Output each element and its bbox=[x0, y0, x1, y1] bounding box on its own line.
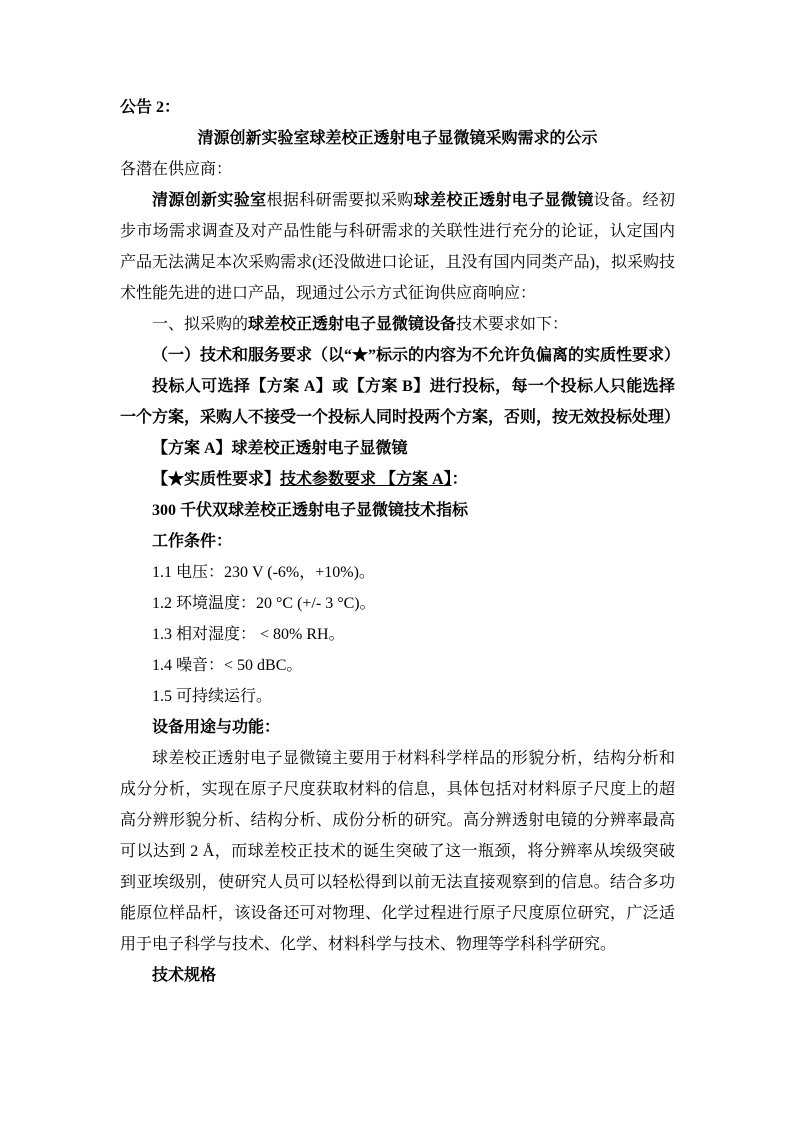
intro-text-run-1: 根据科研需要拟采购 bbox=[266, 192, 413, 209]
work-condition-item-temperature: 1.2 环境温度：20 °C (+/- 3 °C)。 bbox=[120, 588, 675, 619]
essential-requirement-colon: ： bbox=[452, 471, 468, 488]
work-conditions-heading: 工作条件： bbox=[120, 526, 675, 557]
section-one-suffix: 技术要求如下： bbox=[456, 316, 568, 333]
plan-a-title: 【方案 A】球差校正透射电子显微镜 bbox=[120, 433, 675, 464]
document-page: 公告 2： 清源创新实验室球差校正透射电子显微镜采购需求的公示 各潜在供应商： … bbox=[0, 0, 793, 1122]
document-title: 清源创新实验室球差校正透射电子显微镜采购需求的公示 bbox=[120, 123, 675, 154]
intro-lab-name: 清源创新实验室 bbox=[152, 192, 266, 209]
salutation: 各潜在供应商： bbox=[120, 154, 675, 185]
purpose-heading: 设备用途与功能： bbox=[120, 712, 675, 743]
work-condition-item-voltage: 1.1 电压：230 V (-6%，+10%)。 bbox=[120, 557, 675, 588]
announcement-label: 公告 2： bbox=[120, 92, 675, 123]
work-condition-item-humidity: 1.3 相对湿度： < 80% RH。 bbox=[120, 619, 675, 650]
spec-title-300kv: 300 千伏双球差校正透射电子显微镜技术指标 bbox=[120, 495, 675, 526]
section-one-equipment: 球差校正透射电子显微镜设备 bbox=[248, 316, 456, 333]
sub-heading-technical-service: （一）技术和服务要求（以“★”标示的内容为不允许负偏离的实质性要求） bbox=[120, 340, 675, 371]
bidding-note: 投标人可选择【方案 A】或【方案 B】进行投标，每一个投标人只能选择一个方案，采… bbox=[120, 371, 675, 433]
tech-spec-heading: 技术规格 bbox=[120, 960, 675, 991]
work-condition-item-noise: 1.4 噪音：< 50 dBC。 bbox=[120, 650, 675, 681]
essential-requirement-line: 【★实质性要求】技术参数要求 【方案 A】： bbox=[120, 464, 675, 495]
work-condition-item-continuous: 1.5 可持续运行。 bbox=[120, 681, 675, 712]
section-one-prefix: 一、拟采购的 bbox=[152, 316, 248, 333]
purpose-paragraph: 球差校正透射电子显微镜主要用于材料科学样品的形貌分析，结构分析和成分分析，实现在… bbox=[120, 743, 675, 960]
section-one-line: 一、拟采购的球差校正透射电子显微镜设备技术要求如下： bbox=[120, 309, 675, 340]
intro-equipment-name: 球差校正透射电子显微镜 bbox=[414, 192, 594, 209]
essential-requirement-prefix: 【★实质性要求】 bbox=[152, 471, 280, 488]
essential-requirement-underlined: 技术参数要求 【方案 A】 bbox=[280, 471, 452, 488]
intro-paragraph: 清源创新实验室根据科研需要拟采购球差校正透射电子显微镜设备。经初步市场需求调查及… bbox=[120, 185, 675, 309]
